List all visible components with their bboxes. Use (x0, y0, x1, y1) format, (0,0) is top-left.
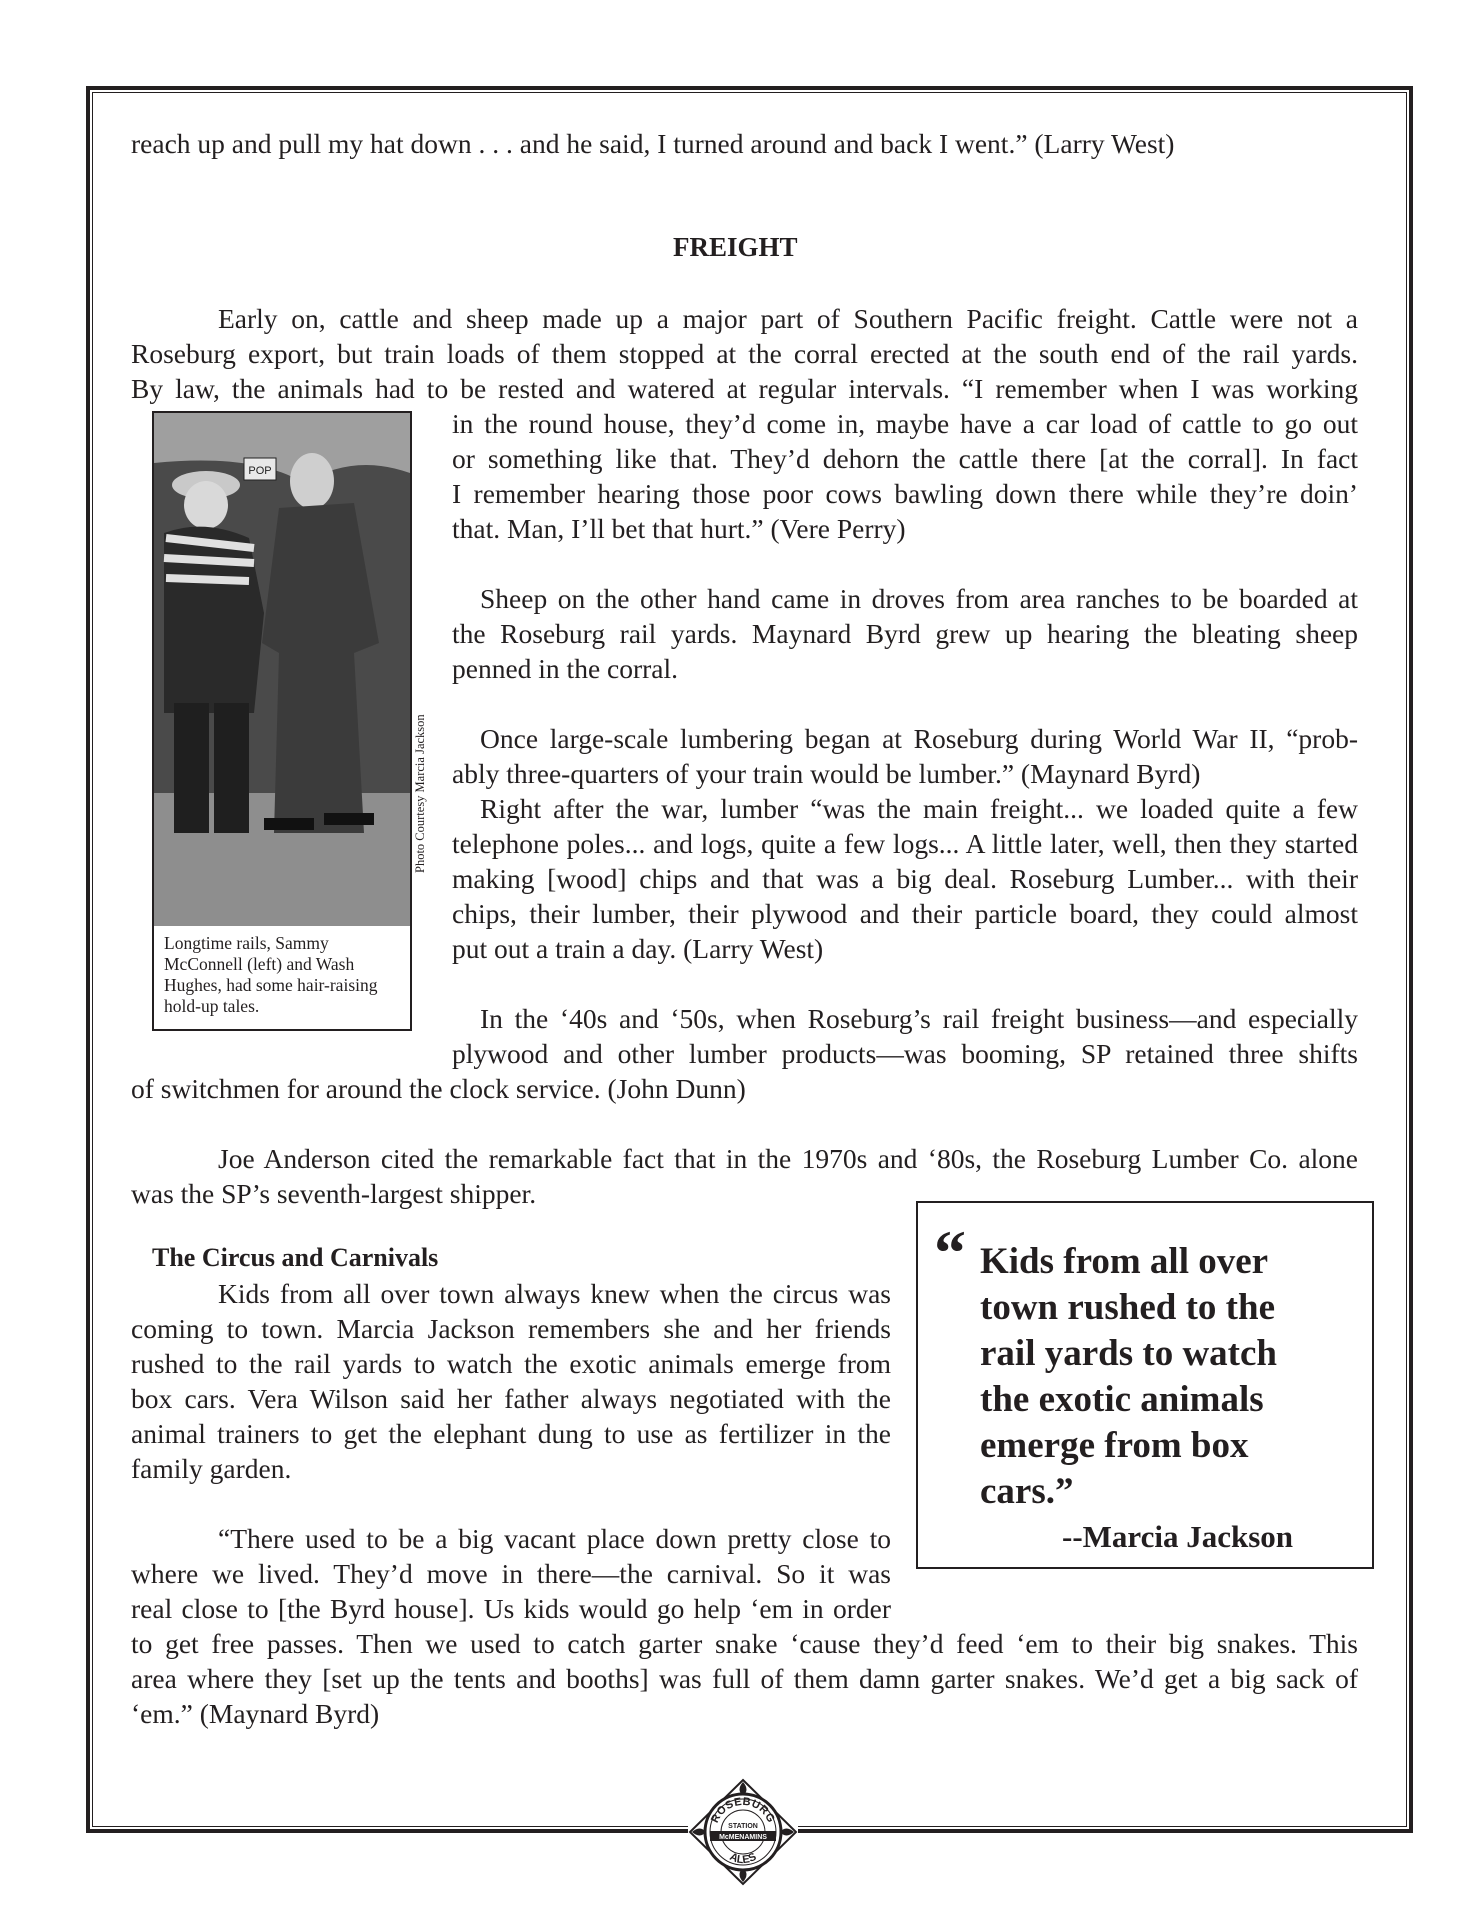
pull-quote-line: the exotic animals (980, 1377, 1264, 1423)
body-line: By law, the animals had to be rested and… (131, 371, 1358, 406)
svg-text:McMENAMINS: McMENAMINS (719, 1834, 767, 1841)
pull-quote-line: town rushed to the (980, 1285, 1275, 1331)
body-line: making [wood] chips and that was a big d… (452, 861, 1358, 896)
body-line: Early on, cattle and sheep made up a maj… (218, 301, 1358, 336)
body-line: area where they [set up the tents and bo… (131, 1661, 1358, 1696)
body-line: rushed to the rail yards to watch the ex… (131, 1346, 891, 1381)
body-line: box cars. Vera Wilson said her father al… (131, 1381, 891, 1416)
roseburg-station-logo: ROSEBURG STATION McMENAMINS ALES (688, 1778, 798, 1886)
subheading-circus: The Circus and Carnivals (152, 1243, 438, 1273)
pull-quote-line: Kids from all over (980, 1239, 1268, 1285)
body-line: or something like that. They’d dehorn th… (452, 441, 1358, 476)
body-line: that. Man, I’ll bet that hurt.” (Vere Pe… (452, 511, 906, 546)
body-line: to get free passes. Then we used to catc… (131, 1626, 1358, 1661)
body-line: “There used to be a big vacant place dow… (218, 1521, 891, 1556)
body-line: where we lived. They’d move in there—the… (131, 1556, 891, 1591)
body-line: coming to town. Marcia Jackson remembers… (131, 1311, 891, 1346)
open-quote-mark: “ (934, 1221, 966, 1285)
body-line: ‘em.” (Maynard Byrd) (131, 1696, 379, 1731)
body-line: chips, their lumber, their plywood and t… (452, 896, 1358, 931)
svg-text:POP: POP (248, 465, 271, 477)
photo-credit: Photo Courtesy Marcia Jackson (413, 714, 428, 873)
body-line: animal trainers to get the elephant dung… (131, 1416, 891, 1451)
body-line: Right after the war, lumber “was the mai… (480, 791, 1358, 826)
body-line: Sheep on the other hand came in droves f… (480, 581, 1358, 616)
body-line: ably three-quarters of your train would … (452, 756, 1200, 791)
body-line: put out a train a day. (Larry West) (452, 931, 823, 966)
pull-quote-line: emerge from box (980, 1423, 1249, 1469)
body-line: was the SP’s seventh-largest shipper. (131, 1176, 536, 1211)
body-line: In the ‘40s and ‘50s, when Roseburg’s ra… (480, 1001, 1358, 1036)
pull-quote-line: cars.” (980, 1469, 1074, 1515)
body-line: Joe Anderson cited the remarkable fact t… (218, 1141, 1358, 1176)
pull-quote-attribution: --Marcia Jackson (1062, 1519, 1293, 1555)
svg-text:STATION: STATION (728, 1823, 758, 1830)
pull-quote-line: rail yards to watch (980, 1331, 1277, 1377)
body-line: Kids from all over town always knew when… (218, 1276, 891, 1311)
body-line: I remember hearing those poor cows bawli… (452, 476, 1358, 511)
body-line: penned in the corral. (452, 651, 678, 686)
body-line: Once large-scale lumbering began at Rose… (480, 721, 1358, 756)
body-line: plywood and other lumber products—was bo… (452, 1036, 1358, 1071)
continued-quote: reach up and pull my hat down . . . and … (131, 126, 1174, 161)
body-line: in the round house, they’d come in, mayb… (452, 406, 1358, 441)
pull-quote-box: “ Kids from all over town rushed to the … (916, 1201, 1374, 1569)
body-line: of switchmen for around the clock servic… (131, 1071, 746, 1106)
photo-figure: POP Longtime rails, Sammy McConnell (lef… (152, 411, 412, 1031)
body-line: Roseburg export, but train loads of them… (131, 336, 1358, 371)
photo-illustration: POP (154, 413, 410, 926)
body-line: the Roseburg rail yards. Maynard Byrd gr… (452, 616, 1358, 651)
photo-caption: Longtime rails, Sammy McConnell (left) a… (164, 933, 404, 1017)
body-line: real close to [the Byrd house]. Us kids … (131, 1591, 891, 1626)
historic-photo: POP (154, 413, 410, 926)
section-heading-freight: FREIGHT (673, 232, 798, 263)
logo-emblem-icon: ROSEBURG STATION McMENAMINS ALES (688, 1778, 798, 1886)
body-line: family garden. (131, 1451, 291, 1486)
body-line: telephone poles... and logs, quite a few… (452, 826, 1358, 861)
